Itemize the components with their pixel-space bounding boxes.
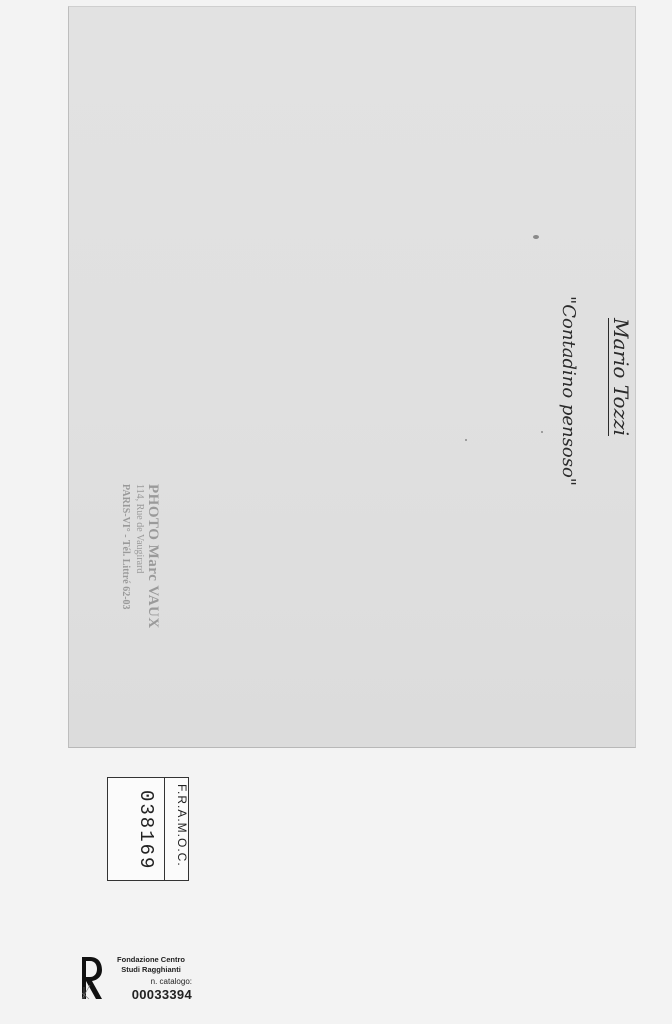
paper-mark <box>465 439 467 441</box>
foundation-name-line1: Fondazione Centro <box>110 955 192 965</box>
archive-inventory-number: 038169 <box>135 790 157 870</box>
archive-label-box: F.R.A.M.O.C. 038169 <box>107 777 189 881</box>
archive-label-divider <box>164 778 165 880</box>
paper-mark <box>533 235 539 239</box>
foundation-logo-icon <box>80 955 104 1001</box>
foundation-name-line2: Studi Ragghianti <box>110 965 192 975</box>
stamp-line-studio: PHOTO Marc VAUX <box>146 484 160 629</box>
photograph-verso <box>68 6 636 748</box>
catalog-label: n. catalogo: <box>110 976 192 987</box>
handwritten-artist-name: Mario Tozzi <box>608 318 632 436</box>
photographer-stamp: PHOTO Marc VAUX 114, Rue de Vaugirard PA… <box>118 484 160 629</box>
archive-collection-label: F.R.A.M.O.C. <box>175 784 189 867</box>
foundation-catalog-block: Fondazione Centro Studi Ragghianti n. ca… <box>110 955 192 1002</box>
paper-mark <box>541 431 543 433</box>
handwritten-artwork-title: "Contadino pensoso" <box>558 296 578 486</box>
stamp-line-address: 114, Rue de Vaugirard <box>132 484 146 629</box>
catalog-number: 00033394 <box>110 987 192 1002</box>
stamp-line-city: PARIS-VI° - Tél. Littré 62-03 <box>118 484 132 629</box>
